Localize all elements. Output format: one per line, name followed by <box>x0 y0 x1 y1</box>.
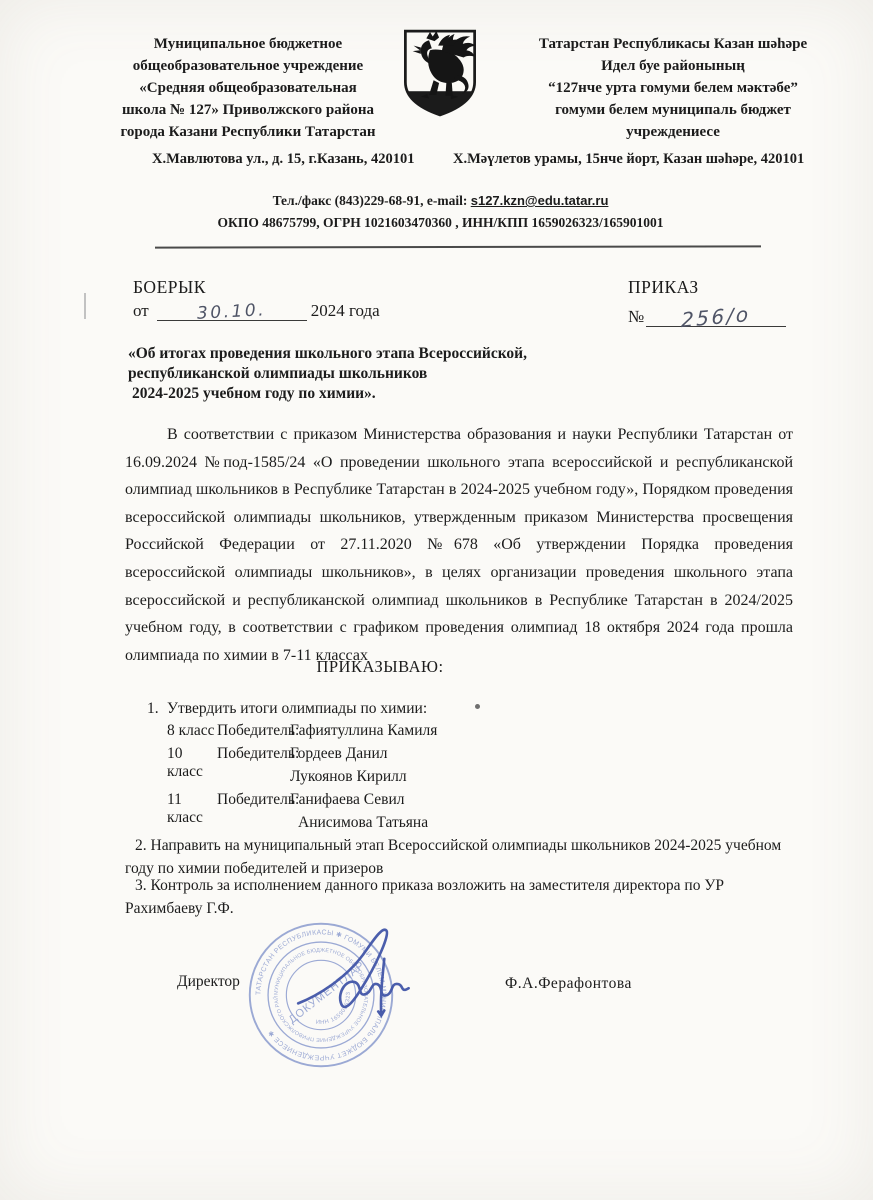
number-prefix: № <box>628 307 644 327</box>
order-subject: «Об итогах проведения школьного этапа Вс… <box>128 344 628 404</box>
org-name-tatar-line: Татарстан Республикасы Казан шәһәре <box>487 33 859 55</box>
result-label: Победитель: <box>217 791 290 809</box>
ink-dot-artifact <box>475 704 480 709</box>
org-name-russian-line: школа № 127» Приволжского района <box>98 99 398 121</box>
phone-email-line: Тел./факс (843)229-68-91, e-mail: s127.k… <box>128 190 753 212</box>
signature-role-label: Директор <box>177 973 240 991</box>
address-tatar: Х.Мәүлетов урамы, 15нче йорт, Казан шәһә… <box>453 151 804 168</box>
order-number-row: № 256/о <box>628 302 786 327</box>
result-row: 10 класс Победитель: Гордеев Данил <box>167 745 437 768</box>
org-name-tatar-line: Идел буе районының <box>487 55 859 77</box>
order-date-row: от 30.10. 2024 года <box>133 300 380 321</box>
phone-fax-label: Тел./факс (843)229-68-91, e-mail: <box>273 193 471 208</box>
org-name-russian-line: общеобразовательное учреждение <box>98 55 398 77</box>
order-subject-line: 2024-2025 учебном году по химии». <box>128 384 628 404</box>
kazan-coat-of-arms-icon <box>399 27 481 119</box>
item3-text: 3. Контроль за исполнением данного прика… <box>125 875 797 920</box>
result-row: 8 класс Победитель: Гафиятуллина Камиля <box>167 722 437 745</box>
registry-codes-line: ОКПО 48675799, ОГРН 1021603470360 , ИНН/… <box>128 212 753 234</box>
order-subject-line: «Об итогах проведения школьного этапа Вс… <box>128 344 628 364</box>
result-label: Победитель: <box>217 722 290 740</box>
date-prefix: от <box>133 301 149 321</box>
address-russian: Х.Мавлютова ул., д. 15, г.Казань, 420101 <box>152 151 414 168</box>
order-subject-line: республиканской олимпиады школьников <box>128 364 628 384</box>
org-name-tatar-line: “127нче урта гомуми белем мәктәбе” <box>487 77 859 99</box>
preamble-paragraph: В соответствии с приказом Министерства о… <box>125 421 793 669</box>
doc-type-tatar: БОЕРЫК <box>133 277 206 298</box>
scan-artifact <box>84 293 86 319</box>
date-suffix: 2024 года <box>311 301 380 321</box>
result-winner-name: Гордеев Данил <box>290 745 388 763</box>
item1-number: 1. <box>147 700 159 718</box>
org-name-russian: Муниципальное бюджетное общеобразователь… <box>98 33 398 143</box>
resolution-heading: ПРИКАЗЫВАЮ: <box>125 657 635 677</box>
item2-text: 2. Направить на муниципальный этап Всеро… <box>125 835 797 880</box>
result-winner-name: Гафиятуллина Камиля <box>290 722 437 740</box>
org-name-tatar-line: гомуми белем муниципаль бюджет <box>487 99 859 121</box>
date-handwritten-field: 30.10. <box>157 300 307 321</box>
number-handwritten-field: 256/о <box>646 302 786 327</box>
contact-block: Тел./факс (843)229-68-91, e-mail: s127.k… <box>128 190 753 234</box>
signature-person-name: Ф.А.Ферафонтова <box>505 975 632 993</box>
doc-type-russian: ПРИКАЗ <box>628 277 699 298</box>
email-text: s127.kzn@edu.tatar.ru <box>471 193 609 208</box>
header-divider <box>155 245 761 248</box>
item1-text: Утвердить итоги олимпиады по химии: <box>167 700 427 718</box>
number-handwritten-value: 256/о <box>681 302 751 332</box>
result-grade: 10 класс <box>167 745 217 781</box>
org-name-russian-line: Муниципальное бюджетное <box>98 33 398 55</box>
olympiad-results-list: 8 класс Победитель: Гафиятуллина Камиля … <box>167 722 437 837</box>
org-name-russian-line: «Средняя общеобразовательная <box>98 77 398 99</box>
result-winner-name: Анисимова Татьяна <box>298 814 428 832</box>
org-name-tatar: Татарстан Республикасы Казан шәһәре Идел… <box>487 33 859 143</box>
org-name-russian-line: города Казани Республики Татарстан <box>98 121 398 143</box>
director-signature-ink <box>286 922 438 1024</box>
date-handwritten-value: 30.10. <box>197 300 267 324</box>
org-name-tatar-line: учреждениесе <box>487 121 859 143</box>
result-winner-name: Лукоянов Кирилл <box>290 768 407 786</box>
result-grade: 11 класс <box>167 791 217 827</box>
result-grade: 8 класс <box>167 722 217 740</box>
result-winner-name: Ганифаева Севил <box>290 791 404 809</box>
result-row: 11 класс Победитель: Ганифаева Севил <box>167 791 437 814</box>
scanned-order-document: Муниципальное бюджетное общеобразователь… <box>0 0 873 1200</box>
result-label: Победитель: <box>217 745 290 763</box>
